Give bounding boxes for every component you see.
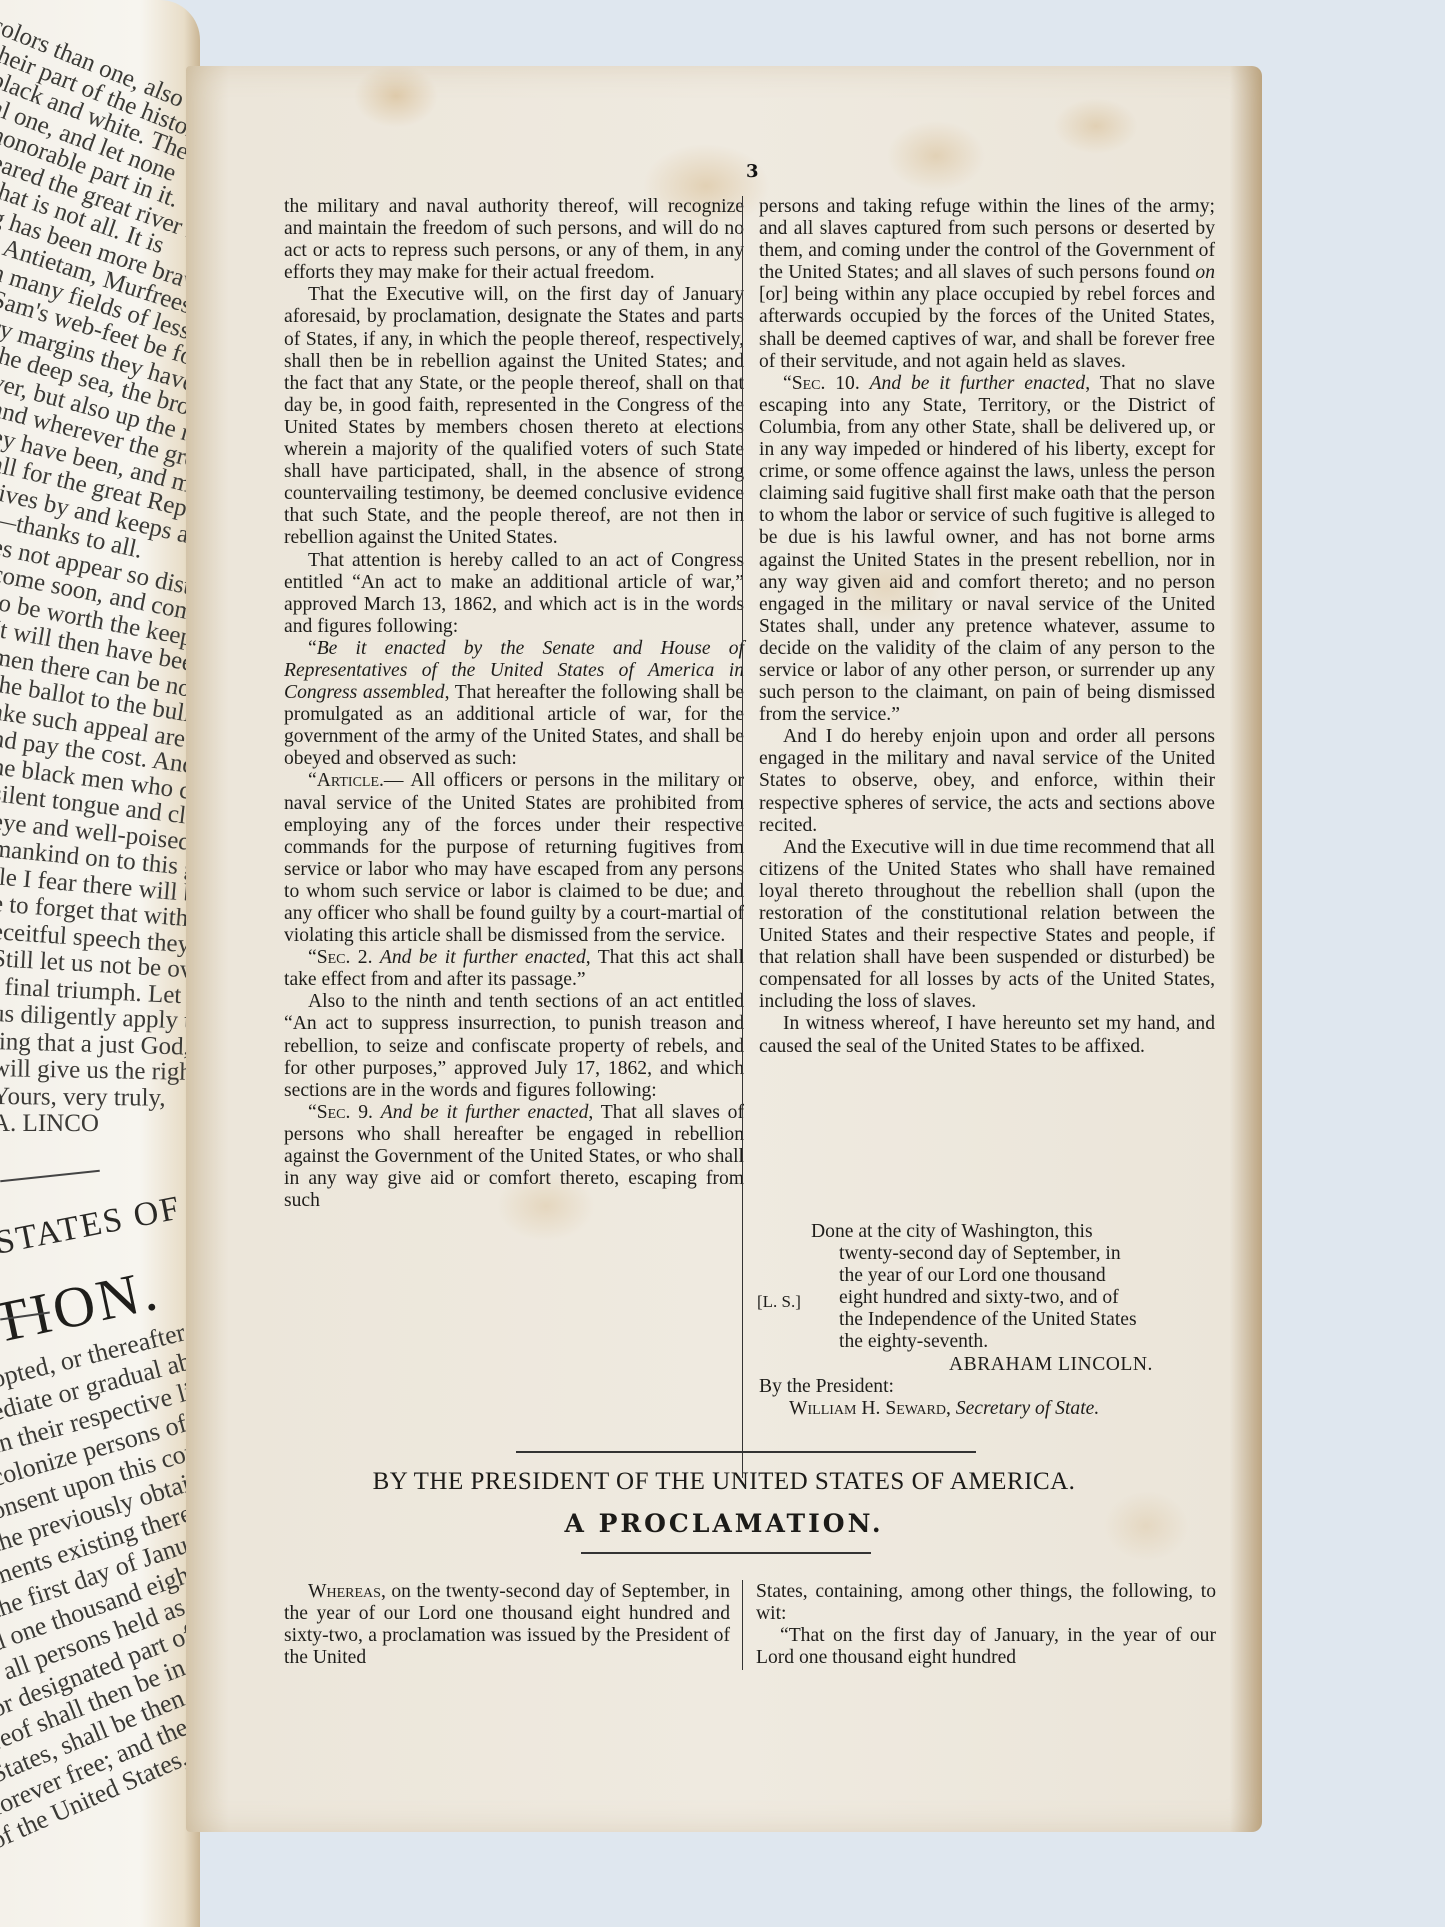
date-lines: twenty-second day of September, inthe ye… — [839, 1243, 1215, 1353]
proclamation-subheading: A PROCLAMATION. — [186, 1509, 1262, 1538]
paragraph: “Sec. 2. And be it further enacted, That… — [284, 947, 744, 991]
secretary-line: William H. Seward, Secretary of State. — [789, 1398, 1215, 1420]
column-divider-bottom — [742, 1580, 743, 1670]
seal-mark: [L. S.] — [757, 1291, 801, 1313]
paragraph: “Be it enacted by the Senate and House o… — [284, 638, 744, 771]
paragraph: “Article.— All officers or persons in th… — [284, 770, 744, 947]
paragraph: And the Executive will in due time recom… — [759, 837, 1215, 1014]
paragraph: In witness whereof, I have hereunto set … — [759, 1013, 1215, 1057]
paragraph: That attention is hereby called to an ac… — [284, 550, 744, 638]
paragraph: And I do hereby enjoin upon and order al… — [759, 726, 1215, 836]
by-the-president: By the President: — [759, 1376, 1215, 1398]
paragraph: the military and naval authority thereof… — [284, 196, 744, 284]
section-rule-top — [516, 1451, 976, 1453]
text-column-right: persons and taking refuge within the lin… — [759, 196, 1215, 1058]
column-divider — [742, 196, 743, 1478]
paragraph: “Sec. 9. And be it further enacted, That… — [284, 1102, 744, 1212]
left-page-line: A. LINCO — [0, 1110, 99, 1138]
document-page: 3 the military and naval authority there… — [186, 66, 1262, 1832]
section-rule-bottom — [581, 1552, 871, 1554]
left-rule-top — [0, 1170, 100, 1182]
left-page-fragment: colors than one, also letheir part of th… — [0, 0, 200, 1927]
paragraph: “Sec. 10. And be it further enacted, Tha… — [759, 373, 1215, 727]
left-heading-line1: STATES OF AMERIC — [0, 1160, 200, 1262]
proclamation-text-left: Whereas, on the twenty-second day of Sep… — [284, 1581, 730, 1669]
proclamation-heading: BY THE PRESIDENT OF THE UNITED STATES OF… — [186, 1468, 1262, 1496]
signer-name: ABRAHAM LINCOLN. — [949, 1354, 1215, 1376]
proclamation-text-right: States, containing, among other things, … — [756, 1581, 1216, 1669]
signature-block: Done at the city of Washington, this twe… — [759, 1221, 1215, 1420]
secretary-title: Secretary of State. — [956, 1398, 1099, 1419]
secretary-name: William H. Seward — [789, 1398, 946, 1419]
left-page-line: Yours, very truly, — [0, 1083, 166, 1113]
date-line: twenty-second day of September, in — [839, 1243, 1215, 1265]
paragraph: persons and taking refuge within the lin… — [759, 196, 1215, 373]
date-line: the year of our Lord one thousand — [839, 1265, 1215, 1287]
paragraph: Also to the ninth and tenth sections of … — [284, 991, 744, 1101]
date-line: eight hundred and sixty-two, and of — [839, 1287, 1215, 1309]
date-line: the eighty-seventh. — [839, 1331, 1215, 1353]
page-number: 3 — [746, 161, 759, 182]
done-at-line: Done at the city of Washington, this — [811, 1221, 1215, 1243]
paragraph: That the Executive will, on the first da… — [284, 284, 744, 549]
date-line: the Independence of the United States — [839, 1309, 1215, 1331]
text-column-left: the military and naval authority thereof… — [284, 196, 744, 1212]
